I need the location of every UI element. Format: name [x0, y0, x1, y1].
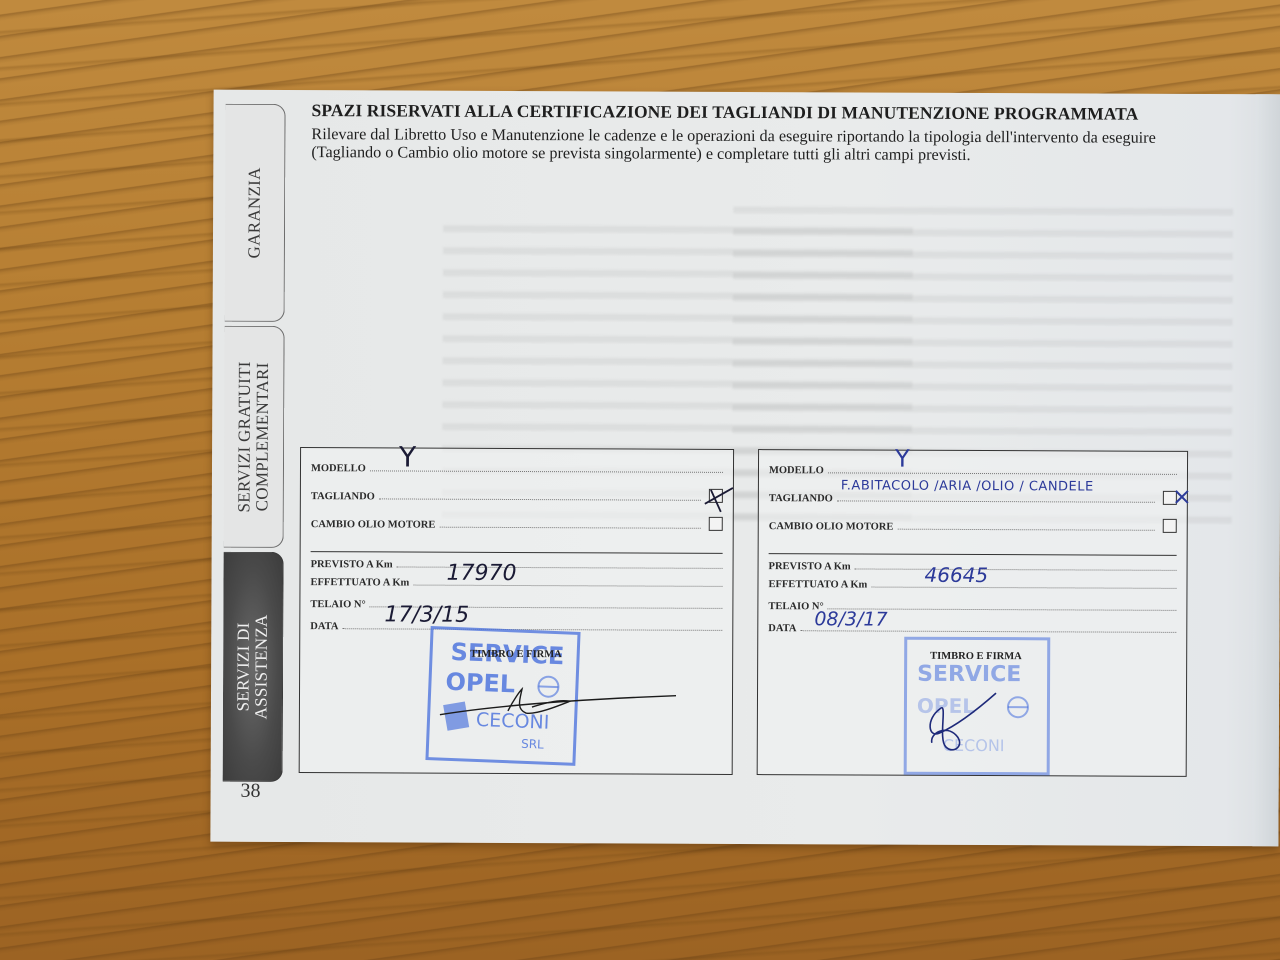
- telaio-field[interactable]: TELAIO N°: [310, 592, 722, 612]
- tagliando-label: TAGLIANDO: [311, 491, 379, 502]
- tab-label-line2: ASSISTENZA: [252, 614, 270, 719]
- tagliando-field[interactable]: TAGLIANDO: [311, 484, 723, 504]
- cambio-olio-checkbox[interactable]: [1163, 519, 1177, 533]
- signature: [440, 685, 680, 726]
- service-record-card-1: MODELLO TAGLIANDO CAMBIO OLIO MOTORE PRE…: [299, 447, 734, 775]
- modello-label: MODELLO: [769, 465, 828, 476]
- cambio-olio-checkbox[interactable]: [709, 517, 723, 531]
- modello-field[interactable]: MODELLO: [769, 458, 1177, 478]
- previsto-km-label: PREVISTO A Km: [769, 561, 855, 572]
- stamp-text-srl: SRL: [521, 737, 544, 752]
- handwritten-data: 17/3/15: [384, 602, 469, 627]
- modello-label: MODELLO: [311, 463, 370, 474]
- cambio-olio-field[interactable]: CAMBIO OLIO MOTORE: [311, 512, 723, 532]
- tab-label-line2: COMPLEMENTARI: [253, 361, 272, 512]
- service-record-card-2: MODELLO TAGLIANDO CAMBIO OLIO MOTORE PRE…: [757, 449, 1188, 777]
- handwritten-data: 08/3/17: [814, 608, 887, 630]
- modello-field[interactable]: MODELLO: [311, 456, 723, 476]
- tab-label: GARANZIA: [244, 167, 263, 258]
- data-label: DATA: [768, 623, 800, 634]
- cambio-olio-field[interactable]: CAMBIO OLIO MOTORE: [769, 514, 1177, 534]
- timbro-firma-label: TIMBRO E FIRMA: [930, 651, 1022, 662]
- tab-garanzia[interactable]: GARANZIA: [225, 104, 286, 322]
- tab-label-line1: SERVIZI GRATUITI: [235, 361, 254, 512]
- telaio-label: TELAIO N°: [310, 599, 369, 610]
- tab-label-line1: SERVIZI DI: [234, 614, 252, 719]
- check-mark-icon: [705, 484, 735, 514]
- cambio-olio-label: CAMBIO OLIO MOTORE: [311, 519, 440, 531]
- section-tabs: GARANZIA SERVIZI GRATUITI COMPLEMENTARI …: [223, 104, 286, 784]
- tab-servizi-di-assistenza[interactable]: SERVIZI DI ASSISTENZA: [223, 552, 284, 782]
- stamp-text-service: SERVICE: [917, 662, 1021, 687]
- previsto-km-label: PREVISTO A Km: [311, 559, 397, 570]
- cambio-olio-label: CAMBIO OLIO MOTORE: [769, 521, 898, 533]
- handwritten-modello: Y: [399, 440, 416, 473]
- handwritten-effettuato-km: 46645: [924, 563, 988, 587]
- effettuato-km-label: EFFETTUATO A Km: [768, 579, 871, 590]
- handwritten-modello: Y: [895, 445, 910, 473]
- signature: [918, 689, 1038, 760]
- effettuato-km-label: EFFETTUATO A Km: [310, 577, 413, 588]
- page-title: SPAZI RISERVATI ALLA CERTIFICAZIONE DEI …: [312, 100, 1139, 125]
- intro-paragraph: Rilevare dal Libretto Uso e Manutenzione…: [311, 126, 1201, 165]
- tagliando-label: TAGLIANDO: [769, 493, 837, 504]
- page-edge: [1252, 94, 1280, 846]
- handwritten-tagliando-note: F.ABITACOLO /ARIA /OLIO / CANDELE: [841, 478, 1094, 494]
- tab-servizi-gratuiti-complementari[interactable]: SERVIZI GRATUITI COMPLEMENTARI: [224, 326, 285, 548]
- timbro-firma-label: TIMBRO E FIRMA: [470, 649, 562, 660]
- data-label: DATA: [310, 621, 342, 632]
- handwritten-effettuato-km: 17970: [446, 561, 516, 586]
- page-number: 38: [241, 780, 261, 803]
- check-mark-icon: [1174, 489, 1190, 505]
- service-booklet-page: GARANZIA SERVIZI GRATUITI COMPLEMENTARI …: [210, 90, 1280, 847]
